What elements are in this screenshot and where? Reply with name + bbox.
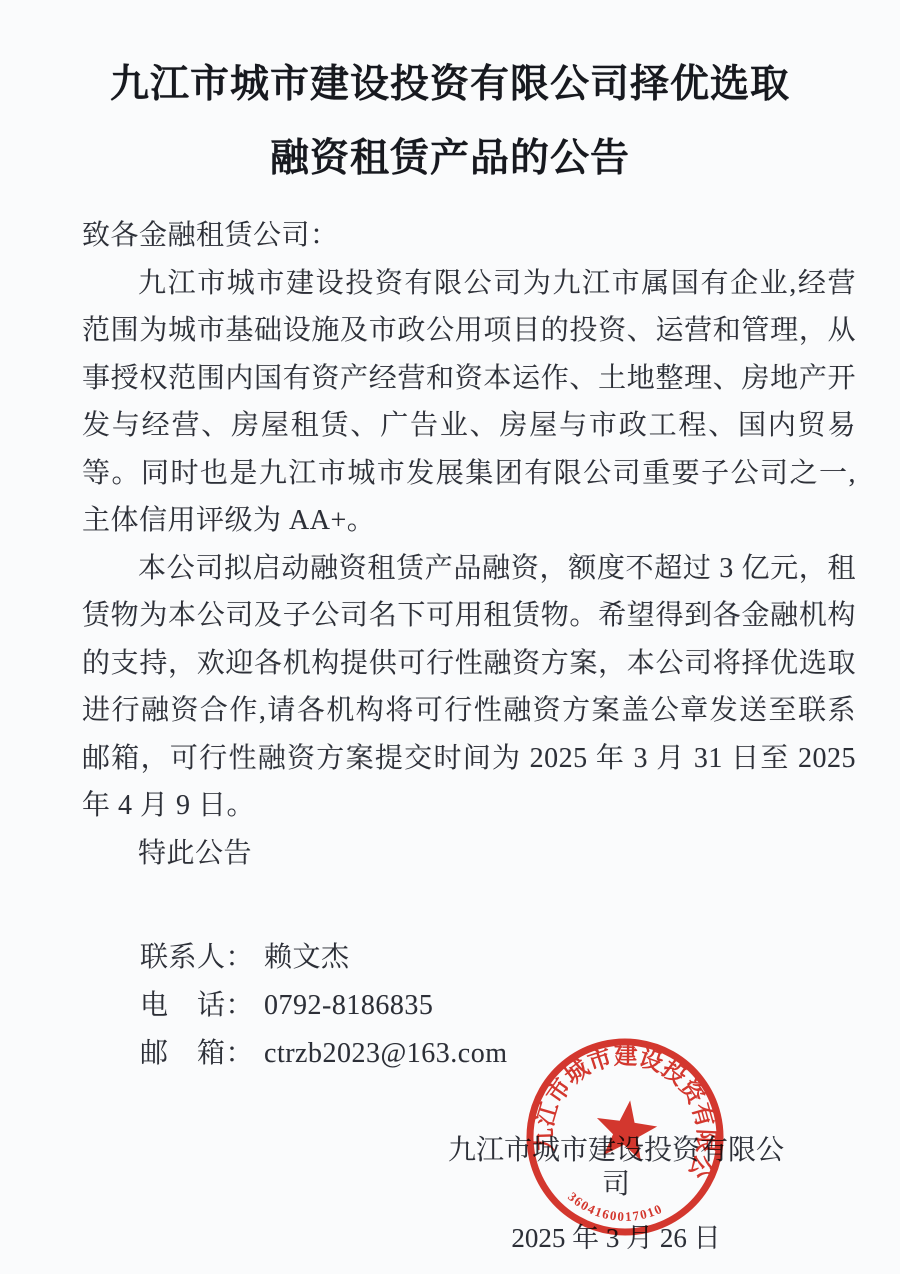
phone-label: 电 话： [140,982,254,1030]
closing-statement: 特此公告 [82,830,856,878]
paragraph-company-intro: 九江市城市建设投资有限公司为九江市属国有企业,经营范围为城市基础设施及市政公用项… [82,260,856,545]
paragraph-financing-plan: 本公司拟启动融资租赁产品融资，额度不超过 3 亿元，租赁物为本公司及子公司名下可… [82,545,856,830]
email-row: 邮 箱：ctrzb2023@163.com [140,1030,856,1078]
contact-person-value: 赖文杰 [264,942,350,973]
document-page: 九江市城市建设投资有限公司择优选取 融资租赁产品的公告 致各金融租赁公司： 九江… [0,0,900,1274]
phone-row: 电 话：0792-8186835 [140,982,856,1030]
title-line-2: 融资租赁产品的公告 [0,122,900,196]
contact-block: 联系人：赖文杰 电 话：0792-8186835 邮 箱：ctrzb2023@1… [140,934,856,1078]
salutation: 致各金融租赁公司： [82,212,856,260]
signature-date: 2025 年 3 月 26 日 [438,1221,794,1255]
email-value: ctrzb2023@163.com [264,1038,507,1069]
signature-block: 九江市城市建设投资有限公司 2025 年 3 月 26 日 [438,1134,794,1255]
document-title: 九江市城市建设投资有限公司择优选取 融资租赁产品的公告 [0,48,900,196]
phone-value: 0792-8186835 [264,990,433,1021]
email-label: 邮 箱： [140,1030,254,1078]
title-line-1: 九江市城市建设投资有限公司择优选取 [0,48,900,122]
document-body: 致各金融租赁公司： 九江市城市建设投资有限公司为九江市属国有企业,经营范围为城市… [82,212,856,1078]
contact-person-label: 联系人： [140,934,254,982]
signature-company: 九江市城市建设投资有限公司 [438,1134,794,1202]
contact-person-row: 联系人：赖文杰 [140,934,856,982]
